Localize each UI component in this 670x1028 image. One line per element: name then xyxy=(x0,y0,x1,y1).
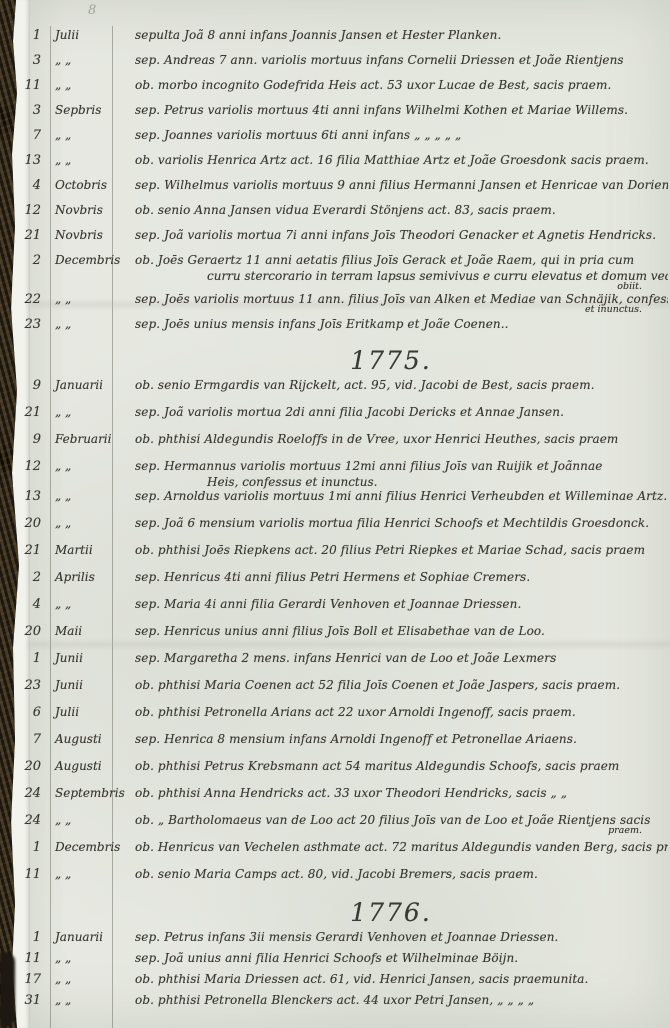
month-cell: Maii xyxy=(50,624,112,638)
day-cell: 13 xyxy=(0,153,50,168)
entry-text: ob. Henricus van Vechelen asthmate act. … xyxy=(135,840,668,854)
table-row: 6Juliiob. phthisi Petronella Arians act … xyxy=(0,705,670,732)
entry-text: sep. Andreas 7 ann. variolis mortuus inf… xyxy=(135,53,668,67)
entry-text: sep. Margaretha 2 mens. infans Henrici v… xyxy=(135,651,668,665)
table-row: 1Januariisep. Petrus infans 3ii mensis G… xyxy=(0,930,670,951)
entry-text: sep. Wilhelmus variolis mortuus 9 anni f… xyxy=(135,178,668,192)
day-cell: 12 xyxy=(0,459,50,474)
table-row: 20„ „sep. Joã 6 mensium variolis mortua … xyxy=(0,516,670,543)
entry-text: ob. phthisi Maria Coenen act 52 filia Jo… xyxy=(135,678,668,692)
day-cell: 9 xyxy=(0,432,50,447)
entry-text: sep. Petrus variolis mortuus 4ti anni in… xyxy=(135,103,668,117)
day-cell: 24 xyxy=(0,786,50,801)
day-cell: 20 xyxy=(0,624,50,639)
month-cell: Martii xyxy=(50,543,112,557)
entry-text: sep. Arnoldus variolis mortuus 1mi anni … xyxy=(135,489,668,503)
entry-text: ob. Joēs Geraertz 11 anni aetatis filius… xyxy=(135,253,668,267)
day-cell: 20 xyxy=(0,759,50,774)
entry-text: sep. Joã variolis mortua 2di anni filia … xyxy=(135,405,668,419)
day-cell: 11 xyxy=(0,78,50,93)
month-cell: „ „ xyxy=(50,53,112,67)
burial-register-page: 8 1Juliisepulta Joã 8 anni infans Joanni… xyxy=(0,0,670,1028)
entry-text: ob. phthisi Petronella Arians act 22 uxo… xyxy=(135,705,668,719)
month-cell: Julii xyxy=(50,28,112,42)
table-row: 20Maiisep. Henricus unius anni filius Jo… xyxy=(0,624,670,651)
month-cell: „ „ xyxy=(50,516,112,530)
day-cell: 11 xyxy=(0,867,50,882)
month-cell: „ „ xyxy=(50,489,112,503)
month-cell: „ „ xyxy=(50,405,112,419)
table-row: 11„ „sep. Joã unius anni filia Henrici S… xyxy=(0,951,670,972)
day-cell: 1 xyxy=(0,840,50,855)
entry-text: sep. Maria 4i anni filia Gerardi Venhove… xyxy=(135,597,668,611)
month-cell: Decembris xyxy=(50,253,112,267)
table-row: 3Sepbrissep. Petrus variolis mortuus 4ti… xyxy=(0,103,670,128)
register-entries: 1Juliisepulta Joã 8 anni infans Joannis … xyxy=(0,28,670,1014)
month-cell: Januarii xyxy=(50,378,112,392)
month-cell: „ „ xyxy=(50,459,112,473)
entry-text-continuation: curru stercorario in terram lapsus semiv… xyxy=(135,269,668,283)
day-cell: 2 xyxy=(0,253,50,268)
table-row: 4„ „sep. Maria 4i anni filia Gerardi Ven… xyxy=(0,597,670,624)
day-cell: 22 xyxy=(0,292,50,307)
day-cell: 7 xyxy=(0,128,50,143)
table-row: 12„ „sep. Hermannus variolis mortuus 12m… xyxy=(0,459,670,489)
entry-text: sep. Petrus infans 3ii mensis Gerardi Ve… xyxy=(135,930,668,944)
day-cell: 23 xyxy=(0,317,50,332)
entry-text: ob. phthisi Petrus Krebsmann act 54 mari… xyxy=(135,759,668,773)
table-row: 2Aprilissep. Henricus 4ti anni filius Pe… xyxy=(0,570,670,597)
day-cell: 1 xyxy=(0,651,50,666)
month-cell: Junii xyxy=(50,678,112,692)
entry-text: sepulta Joã 8 anni infans Joannis Jansen… xyxy=(135,28,668,42)
month-cell: „ „ xyxy=(50,813,112,827)
table-row: 2Decembrisob. Joēs Geraertz 11 anni aeta… xyxy=(0,253,670,292)
table-row: 17„ „ob. phthisi Maria Driessen act. 61,… xyxy=(0,972,670,993)
table-row: 24„ „ob. „ Bartholomaeus van de Loo act … xyxy=(0,813,670,840)
day-cell: 24 xyxy=(0,813,50,828)
entry-text: sep. Henricus unius anni filius Joīs Bol… xyxy=(135,624,668,638)
table-row: 13„ „sep. Arnoldus variolis mortuus 1mi … xyxy=(0,489,670,516)
entry-text: ob. senio Anna Jansen vidua Everardi Stö… xyxy=(135,203,668,217)
month-cell: „ „ xyxy=(50,867,112,881)
table-row: 21„ „sep. Joã variolis mortua 2di anni f… xyxy=(0,405,670,432)
day-cell: 20 xyxy=(0,516,50,531)
entry-text-continuation: Heis, confessus et inunctus. xyxy=(135,475,668,489)
month-cell: Julii xyxy=(50,705,112,719)
faint-page-number: 8 xyxy=(88,3,96,18)
month-cell: Junii xyxy=(50,651,112,665)
entry-text: sep. Joannes variolis mortuus 6ti anni i… xyxy=(135,128,668,142)
day-cell: 3 xyxy=(0,103,50,118)
month-cell: Decembris xyxy=(50,840,112,854)
day-cell: 1 xyxy=(0,930,50,945)
month-cell: „ „ xyxy=(50,153,112,167)
year-heading-1775: 1775. xyxy=(0,342,670,378)
day-cell: 3 xyxy=(0,53,50,68)
table-row: 13„ „ob. variolis Henrica Artz act. 16 f… xyxy=(0,153,670,178)
month-cell: Januarii xyxy=(50,930,112,944)
day-cell: 13 xyxy=(0,489,50,504)
entry-text: ob. morbo incognito Godefrida Heis act. … xyxy=(135,78,668,92)
table-row: 1Decembrisob. Henricus van Vechelen asth… xyxy=(0,840,670,867)
day-cell: 7 xyxy=(0,732,50,747)
day-cell: 9 xyxy=(0,378,50,393)
month-cell: Novbris xyxy=(50,228,112,242)
month-cell: Aprilis xyxy=(50,570,112,584)
month-cell: Septembris xyxy=(50,786,112,800)
entry-text: sep. Joã unius anni filia Henrici Schoof… xyxy=(135,951,668,965)
entry-text: ob. variolis Henrica Artz act. 16 filia … xyxy=(135,153,668,167)
table-row: 31„ „ob. phthisi Petronella Blenckers ac… xyxy=(0,993,670,1014)
month-cell: Februarii xyxy=(50,432,112,446)
month-cell: „ „ xyxy=(50,993,112,1007)
day-cell: 2 xyxy=(0,570,50,585)
month-cell: Augusti xyxy=(50,759,112,773)
entry-text: sep. Joã 6 mensium variolis mortua filia… xyxy=(135,516,668,530)
month-cell: Novbris xyxy=(50,203,112,217)
entry-text: sep. Joã variolis mortua 7i anni infans … xyxy=(135,228,668,242)
entry-text: ob. phthisi Aldegundis Roeloffs in de Vr… xyxy=(135,432,668,446)
entry-text: ob. phthisi Maria Driessen act. 61, vid.… xyxy=(135,972,668,986)
table-row: 7Augustisep. Henrica 8 mensium infans Ar… xyxy=(0,732,670,759)
entry-text: sep. Hermannus variolis mortuus 12mi ann… xyxy=(135,459,668,473)
day-cell: 31 xyxy=(0,993,50,1008)
day-cell: 4 xyxy=(0,178,50,193)
table-row: 9Februariiob. phthisi Aldegundis Roeloff… xyxy=(0,432,670,459)
day-cell: 21 xyxy=(0,543,50,558)
table-row: 23„ „sep. Joēs unius mensis infans Joīs … xyxy=(0,317,670,342)
entry-text: ob. senio Ermgardis van Rijckelt, act. 9… xyxy=(135,378,668,392)
entry-text: ob. phthisi Petronella Blenckers act. 44… xyxy=(135,993,668,1007)
day-cell: 21 xyxy=(0,228,50,243)
day-cell: 12 xyxy=(0,203,50,218)
table-row: 1Juniisep. Margaretha 2 mens. infans Hen… xyxy=(0,651,670,678)
month-cell: „ „ xyxy=(50,78,112,92)
entry-text: sep. Henricus 4ti anni filius Petri Herm… xyxy=(135,570,668,584)
entry-text: sep. Joēs unius mensis infans Joīs Eritk… xyxy=(135,317,668,331)
table-row: 20Augustiob. phthisi Petrus Krebsmann ac… xyxy=(0,759,670,786)
table-row: 21Novbrissep. Joã variolis mortua 7i ann… xyxy=(0,228,670,253)
table-row: 4Octobrissep. Wilhelmus variolis mortuus… xyxy=(0,178,670,203)
entry-text: ob. senio Maria Camps act. 80, vid. Jaco… xyxy=(135,867,668,881)
month-cell: „ „ xyxy=(50,972,112,986)
month-cell: Octobris xyxy=(50,178,112,192)
table-row: 7„ „sep. Joannes variolis mortuus 6ti an… xyxy=(0,128,670,153)
table-row: 24Septembrisob. phthisi Anna Hendricks a… xyxy=(0,786,670,813)
entry-text: sep. Henrica 8 mensium infans Arnoldi In… xyxy=(135,732,668,746)
month-cell: „ „ xyxy=(50,292,112,306)
day-cell: 23 xyxy=(0,678,50,693)
month-cell: „ „ xyxy=(50,128,112,142)
table-row: 3„ „sep. Andreas 7 ann. variolis mortuus… xyxy=(0,53,670,78)
day-cell: 11 xyxy=(0,951,50,966)
year-heading-1776: 1776. xyxy=(0,894,670,930)
table-row: 12Novbrisob. senio Anna Jansen vidua Eve… xyxy=(0,203,670,228)
month-cell: Sepbris xyxy=(50,103,112,117)
month-cell: „ „ xyxy=(50,597,112,611)
day-cell: 21 xyxy=(0,405,50,420)
table-row: 11„ „ob. senio Maria Camps act. 80, vid.… xyxy=(0,867,670,894)
table-row: 23Juniiob. phthisi Maria Coenen act 52 f… xyxy=(0,678,670,705)
entry-text: ob. phthisi Joēs Riepkens act. 20 filius… xyxy=(135,543,668,557)
table-row: 9Januariiob. senio Ermgardis van Rijckel… xyxy=(0,378,670,405)
table-row: 1Juliisepulta Joã 8 anni infans Joannis … xyxy=(0,28,670,53)
month-cell: „ „ xyxy=(50,317,112,331)
entry-text: ob. phthisi Anna Hendricks act. 33 uxor … xyxy=(135,786,668,800)
day-cell: 1 xyxy=(0,28,50,43)
day-cell: 17 xyxy=(0,972,50,987)
month-cell: Augusti xyxy=(50,732,112,746)
day-cell: 6 xyxy=(0,705,50,720)
day-cell: 4 xyxy=(0,597,50,612)
month-cell: „ „ xyxy=(50,951,112,965)
table-row: 11„ „ob. morbo incognito Godefrida Heis … xyxy=(0,78,670,103)
table-row: 22„ „sep. Joēs variolis mortuus 11 ann. … xyxy=(0,292,670,317)
table-row: 21Martiiob. phthisi Joēs Riepkens act. 2… xyxy=(0,543,670,570)
entry-text: ob. „ Bartholomaeus van de Loo act 20 fi… xyxy=(135,813,668,827)
